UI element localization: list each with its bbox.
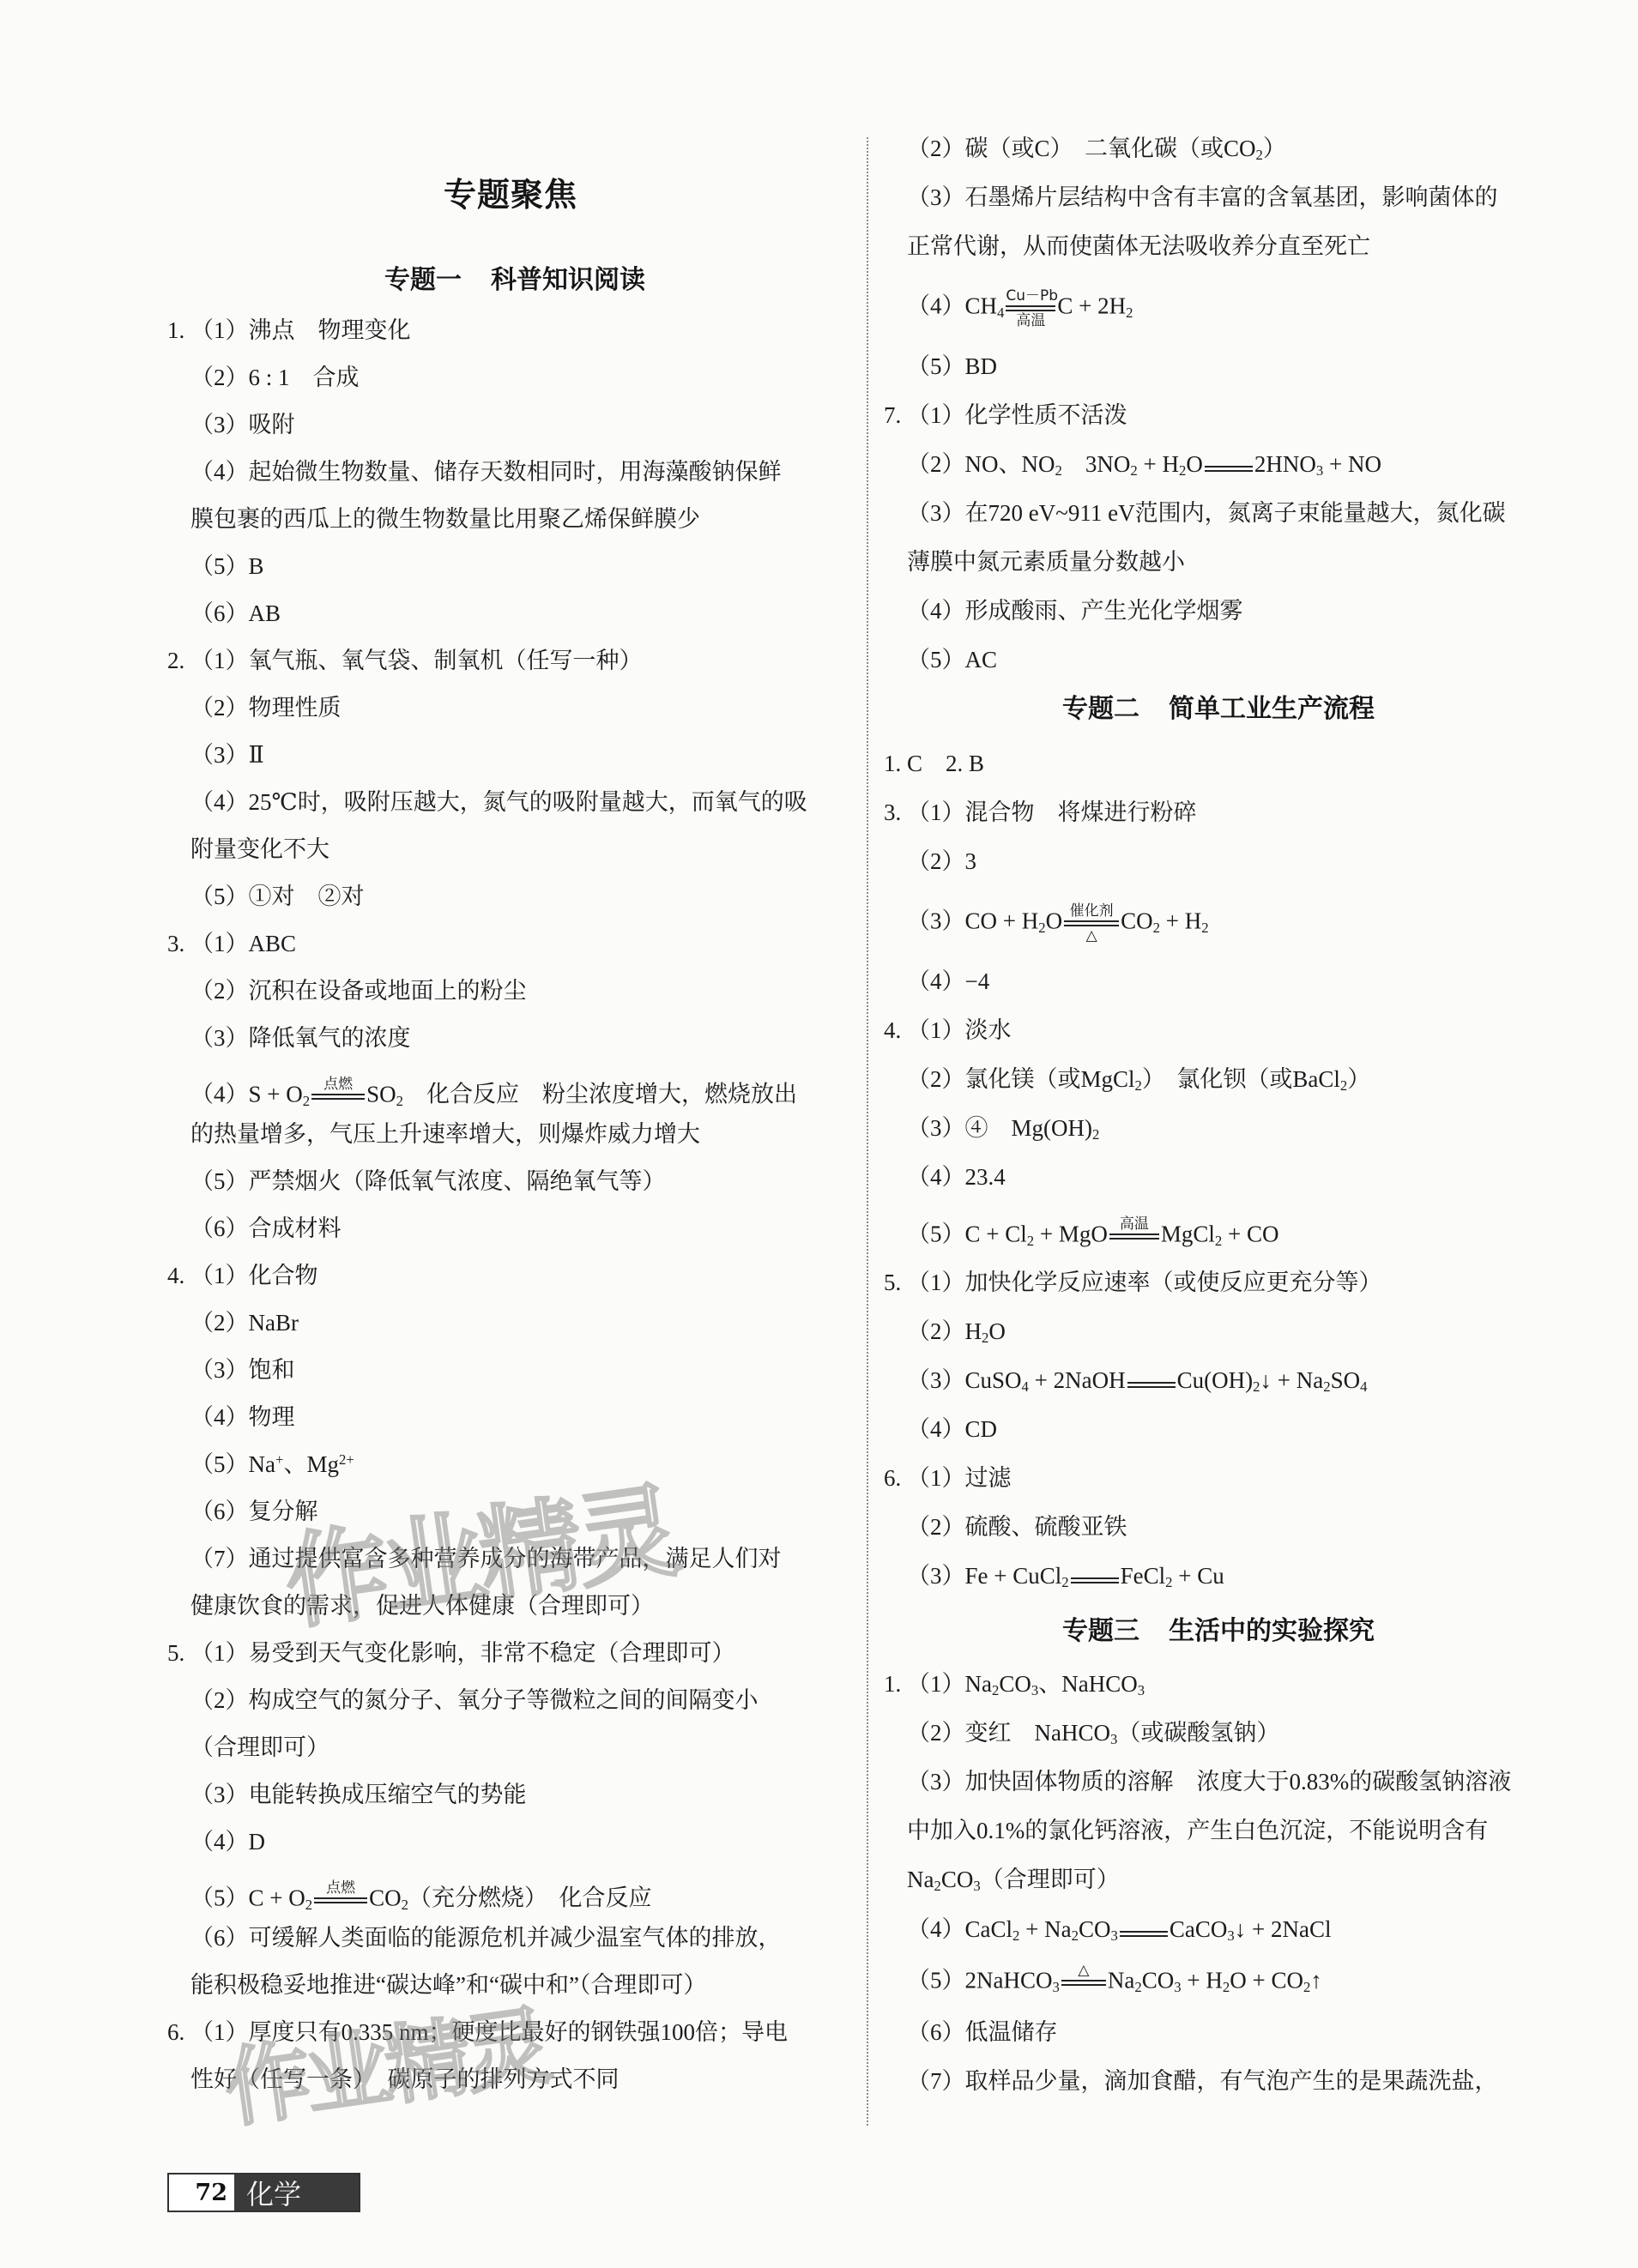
part-tag: （3）: [190, 1357, 249, 1383]
equation-rhs: FeCl: [1121, 1563, 1166, 1589]
equation-rhs: ↑: [1310, 1968, 1322, 1994]
answer-line: （3）在720 eV~911 eV范围内，氮离子束能量越大，氮化碳: [884, 498, 1553, 528]
section-heading-1: 专题一科普知识阅读: [167, 264, 862, 297]
page-footer-badge: 72 化学: [167, 2173, 360, 2212]
superscript: 2+: [339, 1451, 354, 1468]
part-tag: （3）: [190, 742, 249, 768]
reaction-sign: 点燃: [314, 1880, 367, 1921]
question-number: 5.: [884, 1268, 907, 1297]
equation-line: （4）CH4Cu－Pb高温C + 2H2: [884, 288, 1553, 329]
part-tag: （2）: [190, 1310, 249, 1336]
answer-text: 硫酸、硫酸亚铁: [965, 1514, 1127, 1540]
part-tag: （3）: [907, 1769, 965, 1794]
equation-rhs: + H: [1160, 908, 1201, 934]
subscript: 2: [1323, 1378, 1330, 1395]
answer-text: 饱和: [249, 1357, 295, 1383]
part-tag: （1）: [190, 648, 249, 673]
question-number: 2.: [167, 646, 190, 675]
answer-line: （3）石墨烯片层结构中含有丰富的含氧基团，影响菌体的: [884, 183, 1553, 212]
answer-text: 合成材料: [249, 1215, 342, 1241]
answer-text: （充分燃烧） 化合反应: [408, 1885, 652, 1911]
equation-rhs: CO: [369, 1885, 402, 1911]
subscript: 3: [1138, 1682, 1145, 1698]
equation-lhs: Fe + CuCl: [965, 1563, 1062, 1589]
subscript: 3: [1316, 462, 1323, 479]
answer-line: （6）复分解: [167, 1497, 862, 1526]
part-tag: （4）: [907, 1416, 965, 1442]
reaction-condition: 点燃: [311, 1077, 365, 1092]
part-tag: （2）: [907, 136, 965, 161]
question-number: 1.: [167, 316, 190, 345]
equation-line: （4）S + O2点燃SO2 化合反应 粉尘浓度增大，燃烧放出: [167, 1077, 862, 1117]
page-number: 72: [169, 2175, 234, 2211]
answer-text: 石墨烯片层结构中含有丰富的含氧基团，影响菌体的: [965, 184, 1498, 210]
answer-text: 化合物: [249, 1263, 318, 1288]
equation-rhs: + H: [1182, 1968, 1223, 1994]
equation-line: （5）C + O2点燃CO2（充分燃烧） 化合反应: [167, 1880, 862, 1921]
answer-line: （2）变红 NaHCO3（或碳酸氢钠）: [884, 1718, 1553, 1747]
question-number: 4.: [167, 1261, 190, 1290]
subscript: 2: [1215, 1233, 1222, 1249]
equation-lhs: + MgO: [1034, 1221, 1108, 1247]
subscript: 2: [1055, 462, 1062, 479]
answer-line: 2.（1）氧气瓶、氧气袋、制氧机（任写一种）: [167, 646, 862, 675]
answer-text: 过滤: [965, 1465, 1012, 1491]
section-title: 生活中的实验探究: [1169, 1616, 1375, 1646]
part-tag: （2）: [907, 451, 965, 477]
ion: Mg: [306, 1451, 339, 1477]
part-tag: （5）: [190, 884, 249, 909]
part-tag: （1）: [190, 317, 249, 343]
subscript: 3: [1227, 1927, 1234, 1944]
part-tag: （3）: [190, 412, 249, 437]
equation-lhs: + 2NaOH: [1029, 1367, 1126, 1393]
subscript: 2: [1223, 1979, 1230, 1995]
separator: 、: [283, 1451, 306, 1477]
answer-text: 碳（或C） 二氧化碳（或CO: [965, 136, 1256, 161]
answer-continuation: 的热量增多，气压上升速率增大，则爆炸威力增大: [167, 1119, 862, 1149]
answer-text: 构成空气的氮分子、氧分子等微粒之间的间隔变小: [249, 1687, 759, 1713]
part-tag: （6）: [907, 2019, 965, 2045]
part-tag: （1）: [907, 1671, 965, 1697]
reaction-condition: 催化剂: [1064, 903, 1119, 919]
reaction-sign: △: [1061, 1963, 1106, 2003]
reaction-sign: [1127, 1380, 1176, 1390]
part-tag: （1）: [907, 1017, 965, 1043]
answer-line: （7）取样品少量，滴加食醋，有气泡产生的是果蔬洗盐，: [884, 2066, 1553, 2096]
equation-lhs: CO + H: [965, 908, 1039, 934]
answer-line: 4.（1）淡水: [884, 1016, 1553, 1045]
equation-lhs: CO: [1079, 1916, 1111, 1942]
answer-text: （合理即可）: [981, 1867, 1120, 1892]
reaction-condition: 高温: [1006, 313, 1055, 329]
part-tag: （1）: [190, 1640, 249, 1666]
answer-text: ④ Mg(OH): [965, 1115, 1093, 1141]
part-tag: （3）: [907, 908, 965, 934]
answer-line: （2）6 : 1 合成: [167, 363, 862, 392]
answer-line: （5）BD: [884, 352, 1553, 381]
question-number: 7.: [884, 401, 907, 430]
part-tag: （4）: [907, 1164, 965, 1190]
part-tag: （4）: [907, 968, 965, 994]
page-title: 专题聚焦: [167, 168, 854, 215]
subscript: 2: [1165, 1574, 1172, 1590]
part-tag: （1）: [907, 1270, 965, 1295]
answer-text: NO、NO: [965, 451, 1055, 477]
answer-text: 淡水: [965, 1017, 1012, 1043]
answer-continuation: 薄膜中氮元素质量分数越小: [884, 547, 1553, 576]
answer-line: （3）降低氧气的浓度: [167, 1023, 862, 1053]
formula: H: [965, 1318, 982, 1344]
reaction-sign: Cu－Pb高温: [1006, 288, 1055, 329]
part-tag: （5）: [190, 1168, 249, 1194]
answer-text: （或碳酸氢钠）: [1117, 1720, 1279, 1746]
subscript: 2: [1253, 1378, 1260, 1395]
equation-lhs: C + Cl: [965, 1221, 1027, 1247]
reaction-sign: 点燃: [311, 1077, 365, 1117]
answer-continuation: 健康饮食的需求，促进人体健康（合理即可）: [167, 1591, 862, 1620]
answer-line: （5）严禁烟火（降低氧气浓度、隔绝氧气等）: [167, 1167, 862, 1196]
reaction-sign: [1205, 464, 1253, 474]
subscript: 2: [396, 1093, 403, 1109]
formula: CO: [999, 1671, 1031, 1697]
part-tag: （5）: [907, 647, 965, 673]
equation-rhs: CO: [1142, 1968, 1175, 1994]
subscript: 4: [1360, 1378, 1367, 1395]
answer-line: （6）AB: [167, 599, 862, 628]
answer-line: （3）Ⅱ: [167, 740, 862, 769]
answer-line: （3）吸附: [167, 410, 862, 439]
answer-text: 25℃时，吸附压越大，氮气的吸附量越大，而氧气的吸: [249, 789, 807, 815]
equation-rhs: CO: [1121, 908, 1153, 934]
answer-text: 23.4: [965, 1164, 1006, 1190]
equation-rhs: + CO: [1222, 1221, 1278, 1247]
equation-rhs: O + CO: [1230, 1968, 1303, 1994]
answer-line: （2）3: [884, 847, 1553, 876]
question-number: 4.: [884, 1016, 907, 1045]
answer-text: 6 : 1 合成: [249, 365, 360, 390]
answer-line: （4）D: [167, 1827, 862, 1856]
answer-line: （4）23.4: [884, 1162, 1553, 1191]
answer-continuation: 能积极稳妥地推进“碳达峰”和“碳中和”（合理即可）: [167, 1970, 862, 2000]
answer-line: （5）AC: [884, 645, 1553, 674]
equation-line: （5）2NaHCO3△Na2CO3 + H2O + CO2↑: [884, 1963, 1553, 2003]
subscript: 2: [1092, 1126, 1099, 1143]
part-tag: （4）: [907, 1916, 965, 1942]
subscript: 3: [1174, 1979, 1181, 1995]
answer-text: 混合物 将煤进行粉碎: [965, 799, 1197, 825]
answer-text: 易受到天气变化影响，非常不稳定（合理即可）: [249, 1640, 735, 1666]
part-tag: （5）: [190, 1451, 249, 1477]
answer-text: 沸点 物理变化: [249, 317, 411, 343]
part-tag: （3）: [907, 1115, 965, 1141]
part-tag: （2）: [190, 695, 249, 721]
part-tag: （1）: [907, 799, 965, 825]
reaction-sign: [1071, 1576, 1119, 1585]
part-tag: （2）: [907, 1066, 965, 1092]
equation-lhs: CuSO: [965, 1367, 1022, 1393]
part-tag: （3）: [190, 1025, 249, 1051]
part-tag: （4）: [190, 1404, 249, 1430]
part-tag: （6）: [190, 1215, 249, 1241]
equation-lhs: O: [1046, 908, 1063, 934]
subscript: 2: [402, 1897, 408, 1913]
subscript: 2: [1134, 1979, 1141, 1995]
answer-text: 严禁烟火（降低氧气浓度、隔绝氧气等）: [249, 1168, 666, 1194]
section-label: 专题二: [1062, 694, 1139, 724]
subscript: 2: [305, 1897, 312, 1913]
answer-text: ①对 ②对: [249, 884, 365, 909]
part-tag: （2）: [907, 1318, 965, 1344]
answer-line: （4）形成酸雨、产生光化学烟雾: [884, 596, 1553, 625]
answer-line: 7.（1）化学性质不活泼: [884, 401, 1553, 430]
answer-text: 加快化学反应速率（或使反应更充分等）: [965, 1270, 1382, 1295]
answer-line: 1. C 2. B: [884, 749, 1553, 778]
equation-lhs: 3NO: [1062, 451, 1131, 477]
reaction-sign: 催化剂△: [1064, 903, 1119, 944]
answer-line: （2）构成空气的氮分子、氧分子等微粒之间的间隔变小: [167, 1686, 862, 1715]
question-number: 3.: [167, 929, 190, 958]
equation-lhs: C + O: [249, 1885, 305, 1911]
part-tag: （3）: [190, 1782, 249, 1807]
part-tag: （6）: [190, 600, 249, 626]
subscript: 4: [997, 305, 1004, 321]
question-number: 3.: [884, 798, 907, 827]
equation-lhs: CaCl: [965, 1916, 1013, 1942]
answer-line: （2）沉积在设备或地面上的粉尘: [167, 976, 862, 1005]
answer-text: 通过提供富含多种营养成分的海带产品，满足人们对: [249, 1546, 782, 1571]
section-label: 专题三: [1062, 1616, 1139, 1646]
formula: Na: [907, 1867, 934, 1892]
answer-text: 形成酸雨、产生光化学烟雾: [965, 598, 1243, 624]
answer-text: AB: [249, 600, 281, 626]
answer-line: （4）物理: [167, 1402, 862, 1432]
answer-text: 沉积在设备或地面上的粉尘: [249, 978, 527, 1004]
answer-line: （7）通过提供富含多种营养成分的海带产品，满足人们对: [167, 1544, 862, 1573]
answer-line: （2）碳（或C） 二氧化碳（或CO2）: [884, 134, 1553, 163]
subscript: 2: [1126, 305, 1133, 321]
part-tag: （7）: [907, 2068, 965, 2094]
answer-text: 取样品少量，滴加食醋，有气泡产生的是果蔬洗盐，: [965, 2068, 1498, 2094]
subscript: 2: [1135, 1077, 1142, 1094]
question-number: 1.: [884, 1669, 907, 1698]
answer-line: （3）④ Mg(OH)2: [884, 1113, 1553, 1143]
answer-line: （5）①对 ②对: [167, 882, 862, 911]
answer-line: （5）Na+、Mg2+: [167, 1450, 862, 1479]
answer-line: （4）25℃时，吸附压越大，氮气的吸附量越大，而氧气的吸: [167, 787, 862, 817]
equation-line: （5）C + Cl2 + MgO高温MgCl2 + CO: [884, 1216, 1553, 1257]
answer-text: 氯化镁（或MgCl: [965, 1066, 1135, 1092]
part-tag: （3）: [907, 184, 965, 210]
part-tag: （1）: [190, 931, 249, 956]
section-heading-3: 专题三生活中的实验探究: [884, 1615, 1553, 1648]
formula: 、NaHCO: [1038, 1671, 1138, 1697]
answer-line: 1.（1）沸点 物理变化: [167, 316, 862, 345]
equation-lhs: S + O: [249, 1082, 303, 1107]
reaction-sign: [1120, 1929, 1168, 1939]
subscript: 2: [1061, 1574, 1068, 1590]
answer-text: 变红 NaHCO: [965, 1720, 1111, 1746]
answer-line: （2）氯化镁（或MgCl2） 氯化钡（或BaCl2）: [884, 1065, 1553, 1094]
part-tag: （6）: [190, 1499, 249, 1524]
equation-rhs: Cu(OH): [1177, 1367, 1254, 1393]
answer-text: ） 氯化钡（或BaCl: [1142, 1066, 1340, 1092]
part-tag: （7）: [190, 1546, 249, 1571]
part-tag: （4）: [907, 598, 965, 624]
section-heading-2: 专题二简单工业生产流程: [884, 693, 1553, 726]
answer-line: 6.（1）厚度只有0.335 nm；硬度比最好的钢铁强100倍；导电: [167, 2018, 862, 2047]
answer-line: （4）−4: [884, 967, 1553, 996]
answer-text: 化合反应 粉尘浓度增大，燃烧放出: [403, 1082, 797, 1107]
answer-line: （2）H2O: [884, 1317, 1553, 1346]
answer-text: 化学性质不活泼: [965, 402, 1127, 428]
answer-text: 吸附: [249, 412, 295, 437]
subscript: 2: [934, 1878, 940, 1894]
section-title: 科普知识阅读: [491, 265, 645, 295]
equation-line: （2）NO、NO2 3NO2 + H2O2HNO3 + NO: [884, 449, 1553, 479]
part-tag: （4）: [190, 789, 249, 815]
reaction-condition: △: [1064, 928, 1119, 944]
part-tag: （3）: [907, 1367, 965, 1393]
question-number: 5.: [167, 1638, 190, 1668]
answer-continuation: （合理即可）: [167, 1733, 862, 1762]
answer-line: （2）硫酸、硫酸亚铁: [884, 1512, 1553, 1541]
equation-rhs: C + 2H: [1057, 293, 1126, 319]
subscript: 2: [1153, 920, 1160, 936]
answer-line: （6）可缓解人类面临的能源危机并减少温室气体的排放，: [167, 1923, 862, 1952]
part-tag: （5）: [907, 1221, 965, 1247]
part-tag: （3）: [907, 1563, 965, 1589]
answer-text: 3: [965, 848, 977, 874]
answer-continuation: 正常代谢，从而使菌体无法吸收养分直至死亡: [884, 232, 1553, 261]
equation-lhs: O: [1186, 451, 1203, 477]
subscript: 4: [1022, 1378, 1029, 1395]
reaction-condition: △: [1061, 1963, 1106, 1978]
answer-text: −4: [965, 968, 990, 994]
answer-text: 物理: [249, 1404, 295, 1430]
part-tag: （2）: [907, 1720, 965, 1746]
part-tag: （5）: [190, 1885, 249, 1911]
answer-continuation: Na2CO3（合理即可）: [884, 1865, 1553, 1894]
part-tag: （4）: [907, 293, 965, 319]
answer-line: 6.（1）过滤: [884, 1463, 1553, 1493]
subscript: 3: [1031, 1682, 1038, 1698]
answer-line: 3.（1）混合物 将煤进行粉碎: [884, 798, 1553, 827]
ion: Na: [249, 1451, 275, 1477]
part-tag: （2）: [190, 978, 249, 1004]
subscript: 2: [1130, 462, 1137, 479]
equation-rhs: ↓ + Na: [1260, 1367, 1324, 1393]
answer-text: 厚度只有0.335 nm；硬度比最好的钢铁强100倍；导电: [249, 2019, 789, 2045]
formula: CO: [941, 1867, 974, 1892]
answer-line: 5.（1）易受到天气变化影响，非常不稳定（合理即可）: [167, 1638, 862, 1668]
answer-text: 物理性质: [249, 695, 342, 721]
formula: O: [988, 1318, 1006, 1344]
answer-text: Ⅱ: [249, 742, 264, 768]
subject-label: 化学: [234, 2175, 359, 2211]
section-title: 简单工业生产流程: [1169, 694, 1375, 724]
answer-text: ABC: [249, 931, 297, 956]
part-tag: （4）: [190, 1082, 249, 1107]
equation-line: （3）Fe + CuCl2FeCl2 + Cu: [884, 1561, 1553, 1590]
equation-rhs: + Cu: [1173, 1563, 1224, 1589]
answer-line: （4）CD: [884, 1414, 1553, 1444]
equation-line: （3）CuSO4 + 2NaOHCu(OH)2↓ + Na2SO4: [884, 1366, 1553, 1395]
equation-rhs: MgCl: [1161, 1221, 1215, 1247]
subscript: 2: [1027, 1233, 1034, 1249]
answer-line: （2）NaBr: [167, 1308, 862, 1337]
equation-rhs: SO: [366, 1082, 396, 1107]
answer-line: （3）饱和: [167, 1355, 862, 1384]
answer-text: 降低氧气的浓度: [249, 1025, 411, 1051]
answer-text: 加快固体物质的溶解 浓度大于0.83%的碳酸氢钠溶液: [965, 1769, 1512, 1794]
answer-text: 可缓解人类面临的能源危机并减少温室气体的排放，: [249, 1925, 782, 1951]
equation-line: （3）CO + H2O催化剂△CO2 + H2: [884, 903, 1553, 944]
answer-text: AC: [965, 647, 998, 673]
answer-line: （6）低温储存: [884, 2018, 1553, 2047]
answer-text: 在720 eV~911 eV范围内，氮离子束能量越大，氮化碳: [965, 500, 1506, 526]
question-number: 6.: [167, 2018, 190, 2047]
part-tag: （1）: [907, 402, 965, 428]
subscript: 3: [1111, 1927, 1118, 1944]
subscript: 3: [973, 1878, 980, 1894]
answer-text: BD: [965, 353, 998, 379]
subscript: 2: [303, 1093, 310, 1109]
answer-text: ）: [1347, 1066, 1370, 1092]
reaction-condition: Cu－Pb: [1006, 288, 1055, 304]
equation-rhs: 2HNO: [1254, 451, 1316, 477]
part-tag: （5）: [190, 553, 249, 579]
answer-line: 5.（1）加快化学反应速率（或使反应更充分等）: [884, 1268, 1553, 1297]
formula: Na: [965, 1671, 992, 1697]
watermark: 作业精灵: [216, 1977, 553, 2144]
answer-line: （6）合成材料: [167, 1214, 862, 1243]
part-tag: （1）: [190, 2019, 249, 2045]
answer-text: 电能转换成压缩空气的势能: [249, 1782, 527, 1807]
equation-lhs: CH: [965, 293, 998, 319]
part-tag: （3）: [907, 500, 965, 526]
reaction-condition: 点燃: [314, 1880, 367, 1896]
equation-rhs: SO: [1331, 1367, 1361, 1393]
part-tag: （2）: [190, 1687, 249, 1713]
answer-line: （4）起始微生物数量、储存天数相同时，用海藻酸钠保鲜: [167, 457, 862, 486]
subscript: 2: [1201, 920, 1208, 936]
answer-line: （5）B: [167, 552, 862, 581]
section-label: 专题一: [384, 265, 462, 295]
reaction-condition: 高温: [1109, 1216, 1159, 1232]
part-tag: （5）: [907, 1968, 965, 1994]
part-tag: （6）: [190, 1925, 249, 1951]
subscript: 3: [1053, 1979, 1060, 1995]
answer-text: 氧气瓶、氧气袋、制氧机（任写一种）: [249, 648, 643, 673]
subscript: 2: [1256, 147, 1263, 163]
answer-line: （3）加快固体物质的溶解 浓度大于0.83%的碳酸氢钠溶液: [884, 1767, 1553, 1796]
part-tag: （4）: [190, 1829, 249, 1855]
answer-text: NaBr: [249, 1310, 299, 1336]
reaction-sign: 高温: [1109, 1216, 1159, 1257]
subscript: 2: [1072, 1927, 1079, 1944]
answer-text: 低温储存: [965, 2019, 1058, 2045]
part-tag: （2）: [907, 1514, 965, 1540]
part-tag: （2）: [190, 365, 249, 390]
equation-lhs: 2NaHCO: [965, 1968, 1053, 1994]
answer-text: D: [249, 1829, 266, 1855]
answer-continuation: 中加入0.1%的氯化钙溶液，产生白色沉淀，不能说明含有: [884, 1816, 1553, 1845]
part-tag: （5）: [907, 353, 965, 379]
equation-rhs: CaCO: [1170, 1916, 1228, 1942]
question-number: 6.: [884, 1463, 907, 1493]
answer-line: （3）电能转换成压缩空气的势能: [167, 1780, 862, 1809]
